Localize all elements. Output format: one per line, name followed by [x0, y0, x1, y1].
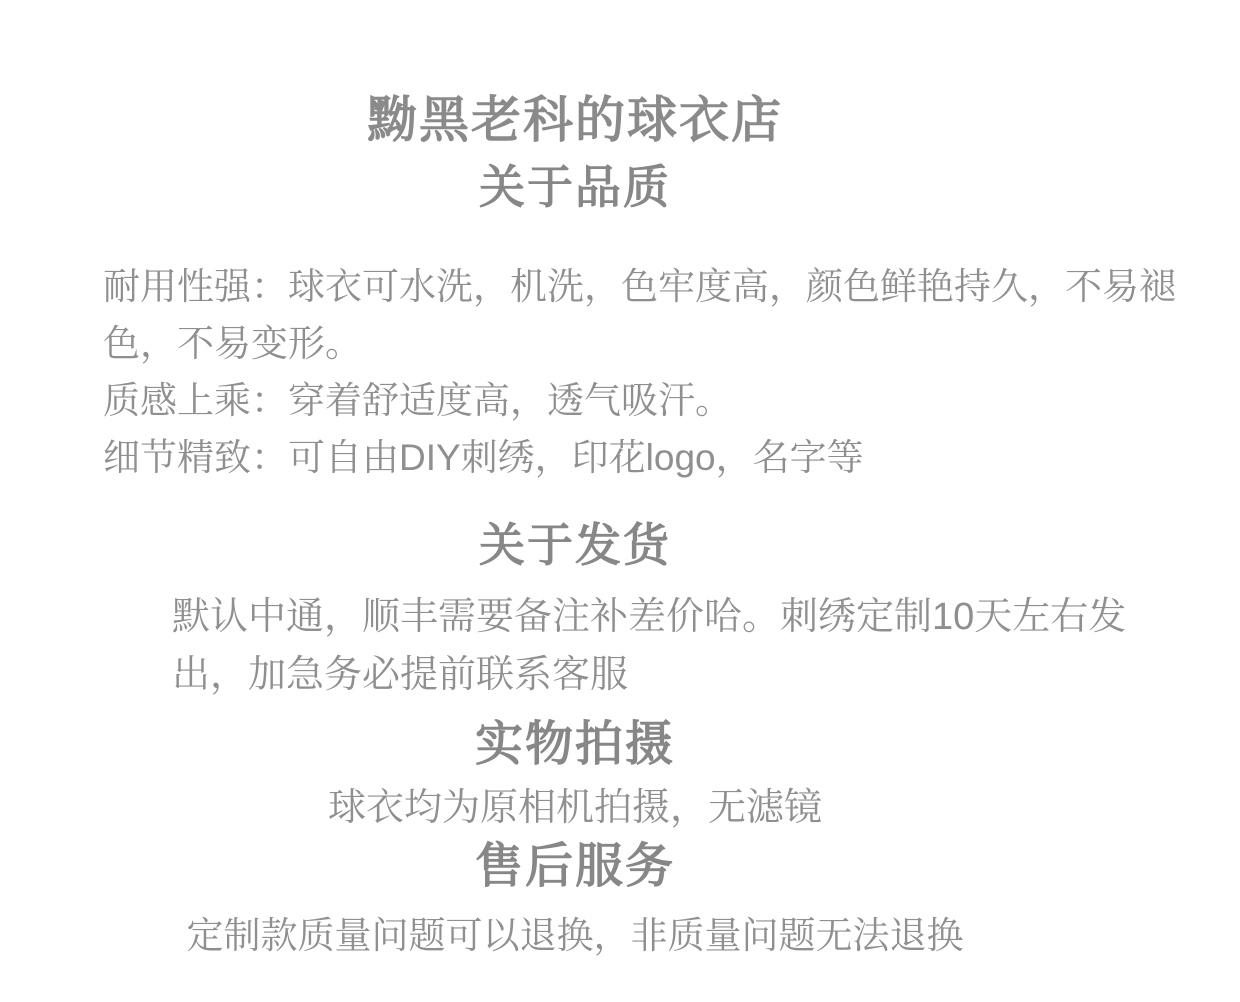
- shipping-paragraph: 默认中通，顺丰需要备注补差价哈。刺绣定制10天左右发 出，加急务必提前联系客服: [172, 588, 1150, 704]
- quality-paragraphs: 耐用性强：球衣可水洗，机洗，色牢度高，颜色鲜艳持久，不易褪 色，不易变形。 质感…: [103, 258, 1150, 486]
- aftersales-heading: 售后服务: [0, 836, 1150, 898]
- photography-note: 球衣均为原相机拍摄，无滤镜: [0, 780, 1150, 836]
- aftersales-note: 定制款质量问题可以退换，非质量问题无法退换: [0, 908, 1150, 964]
- shipping-section: 关于发货 默认中通，顺丰需要备注补差价哈。刺绣定制10天左右发 出，加急务必提前…: [0, 514, 1150, 704]
- photography-section: 实物拍摄 球衣均为原相机拍摄，无滤镜: [0, 714, 1150, 836]
- quality-line: 色，不易变形。: [103, 315, 1150, 372]
- shipping-heading: 关于发货: [0, 514, 1150, 576]
- quality-line: 细节精致：可自由DIY刺绣，印花logo，名字等: [103, 429, 1150, 486]
- shipping-line: 出，加急务必提前联系客服: [172, 646, 1150, 704]
- aftersales-section: 售后服务 定制款质量问题可以退换，非质量问题无法退换: [0, 836, 1150, 964]
- photography-heading: 实物拍摄: [0, 714, 1150, 776]
- quality-line: 耐用性强：球衣可水洗，机洗，色牢度高，颜色鲜艳持久，不易褪: [103, 258, 1150, 315]
- quality-heading: 关于品质: [0, 156, 1150, 218]
- product-description-page: 黝黑老科的球衣店 关于品质 耐用性强：球衣可水洗，机洗，色牢度高，颜色鲜艳持久，…: [0, 0, 1240, 1002]
- quality-line: 质感上乘：穿着舒适度高，透气吸汗。: [103, 372, 1150, 429]
- content-column: 黝黑老科的球衣店 关于品质 耐用性强：球衣可水洗，机洗，色牢度高，颜色鲜艳持久，…: [0, 0, 1150, 964]
- shipping-line: 默认中通，顺丰需要备注补差价哈。刺绣定制10天左右发: [172, 588, 1150, 646]
- quality-section: 关于品质 耐用性强：球衣可水洗，机洗，色牢度高，颜色鲜艳持久，不易褪 色，不易变…: [0, 156, 1150, 486]
- store-title: 黝黑老科的球衣店: [0, 0, 1150, 154]
